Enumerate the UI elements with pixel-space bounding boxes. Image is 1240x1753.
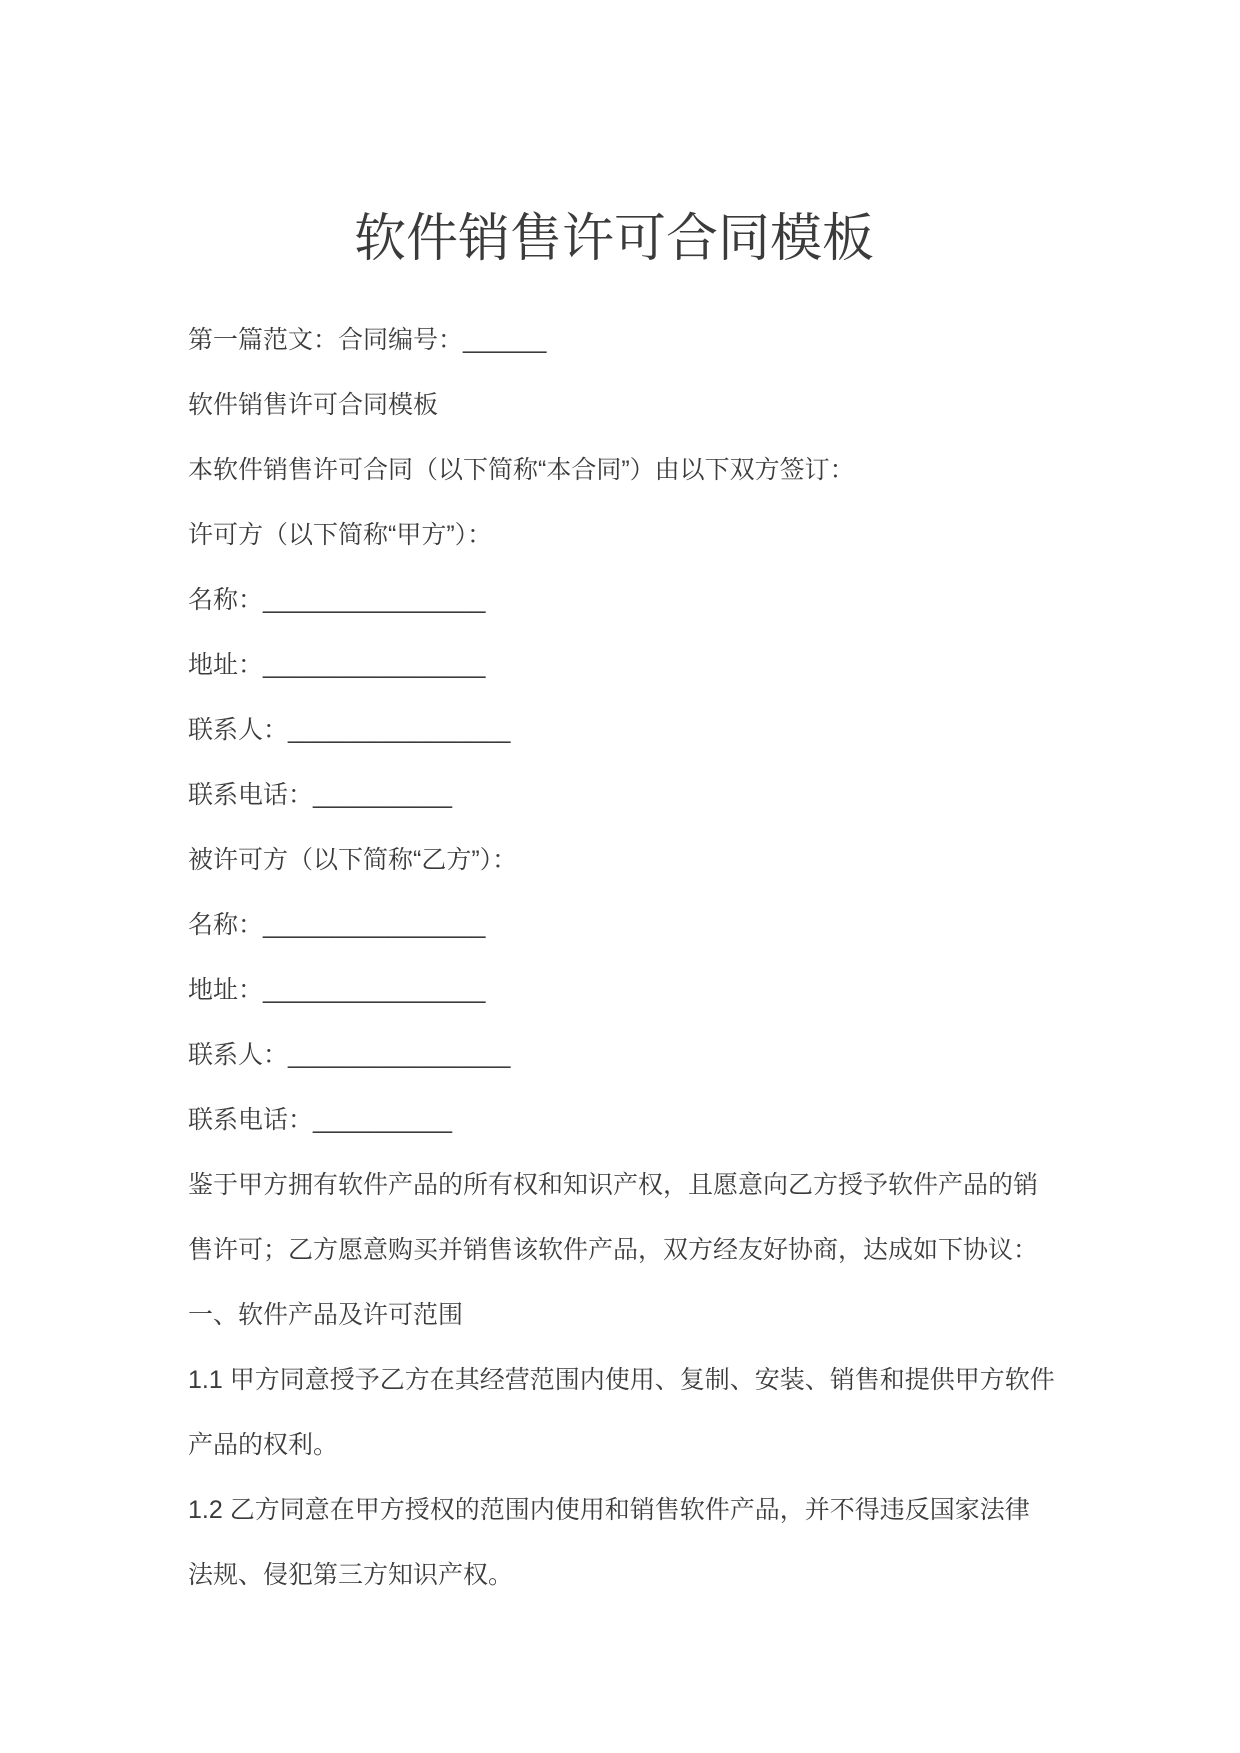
doc-line-clause-1-1-b: 产品的权利。 [188,1413,1040,1478]
doc-line-clause-1-1-a: 1.1 甲方同意授予乙方在其经营范围内使用、复制、安装、销售和提供甲方软件 [188,1348,1040,1413]
doc-line-licensee-address-blank: 地址：________________ [188,958,1040,1023]
doc-line-licensor-phone-blank: 联系电话：__________ [188,763,1040,828]
doc-line-clause-1-2-a: 1.2 乙方同意在甲方授权的范围内使用和销售软件产品，并不得违反国家法律 [188,1478,1040,1543]
doc-line-whereas-2: 售许可；乙方愿意购买并销售该软件产品，双方经友好协商，达成如下协议： [188,1218,1040,1283]
doc-line-licensee-phone-blank: 联系电话：__________ [188,1088,1040,1153]
doc-line-licensee-name-blank: 名称：________________ [188,893,1040,958]
doc-line-intro: 本软件销售许可合同（以下简称“本合同”）由以下双方签订： [188,438,1040,503]
document-body: 第一篇范文：合同编号：______ 软件销售许可合同模板 本软件销售许可合同（以… [188,308,1040,1608]
document-page: 软件销售许可合同模板 第一篇范文：合同编号：______ 软件销售许可合同模板 … [0,0,1240,1753]
doc-line-licensor-name-blank: 名称：________________ [188,568,1040,633]
document-title: 软件销售许可合同模板 [188,205,1040,273]
doc-line-whereas-1: 鉴于甲方拥有软件产品的所有权和知识产权，且愿意向乙方授予软件产品的销 [188,1153,1040,1218]
doc-line-licensee-contact-blank: 联系人：________________ [188,1023,1040,1088]
doc-line-subtitle: 软件销售许可合同模板 [188,373,1040,438]
doc-line-clause-1-2-b: 法规、侵犯第三方知识产权。 [188,1543,1040,1608]
doc-line-licensor-heading: 许可方（以下简称“甲方”）： [188,503,1040,568]
doc-line-licensor-address-blank: 地址：________________ [188,633,1040,698]
doc-line-heading-number: 第一篇范文：合同编号：______ [188,308,1040,373]
doc-line-licensee-heading: 被许可方（以下简称“乙方”）： [188,828,1040,893]
doc-line-section-1-heading: 一、软件产品及许可范围 [188,1283,1040,1348]
doc-line-licensor-contact-blank: 联系人：________________ [188,698,1040,763]
